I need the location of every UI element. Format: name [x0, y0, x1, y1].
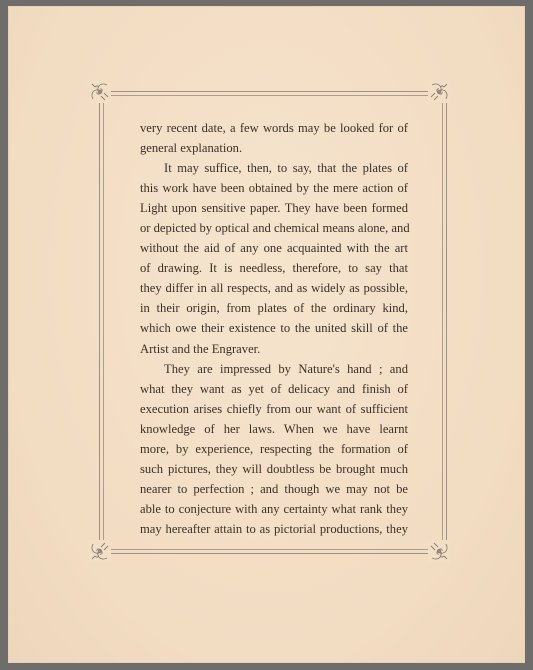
text-line: what they want as yet of delicacy and fi…	[140, 379, 408, 399]
text-line: execution arises chiefly from our want o…	[140, 399, 408, 419]
text-line: It may suffice, then, to say, that the p…	[140, 158, 408, 178]
text-line: or depicted by optical and chemical mean…	[140, 218, 408, 238]
text-line: nearer to perfection ; and though we may…	[140, 479, 408, 499]
text-line: knowledge of her laws. When we have lear…	[140, 419, 408, 439]
text-line: They are impressed by Nature's hand ; an…	[140, 359, 408, 379]
body-text: very recent date, a few words may be loo…	[140, 118, 408, 539]
text-line: Artist and the Engraver.	[140, 339, 408, 359]
text-line: general explanation.	[140, 138, 408, 158]
text-line: which owe their existence to the united …	[140, 318, 408, 338]
text-line: able to conjecture with any certainty wh…	[140, 499, 408, 519]
text-line: very recent date, a few words may be loo…	[140, 118, 408, 138]
text-line: Light upon sensitive paper. They have be…	[140, 198, 408, 218]
text-line: such pictures, they will doubtless be br…	[140, 459, 408, 479]
text-line: this work have been obtained by the mere…	[140, 178, 408, 198]
text-line: more, by experience, respecting the form…	[140, 439, 408, 459]
text-line: they differ in all respects, and as wide…	[140, 278, 408, 298]
text-line: in their origin, from plates of the ordi…	[140, 298, 408, 318]
text-line: without the aid of any one acquainted wi…	[140, 238, 408, 258]
fleuron-ornament-icon	[428, 540, 450, 562]
fleuron-ornament-icon	[428, 81, 450, 103]
text-line: may hereafter attain to as pictorial pro…	[140, 519, 408, 539]
fleuron-ornament-icon	[89, 81, 111, 103]
fleuron-ornament-icon	[89, 540, 111, 562]
text-line: of drawing. It is needless, therefore, t…	[140, 258, 408, 278]
